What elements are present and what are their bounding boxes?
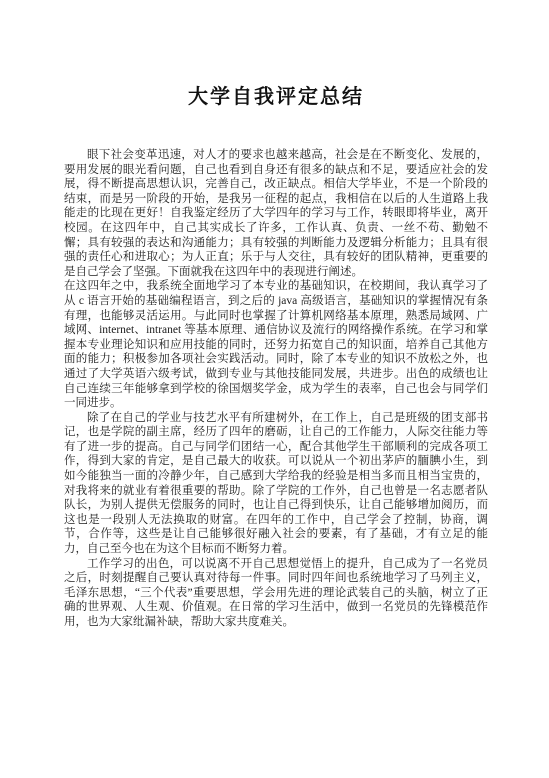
paragraph-work: 除了在自己的学业与技艺水平有所建树外，在工作上，自己是班级的团支部书记，也是学院… [64, 411, 488, 557]
document-title: 大学自我评定总结 [64, 86, 488, 108]
document-page: 大学自我评定总结 眼下社会变革迅速，对人才的要求也越来越高，社会是在不断变化、发… [0, 0, 549, 778]
document-body: 眼下社会变革迅速，对人才的要求也越来越高，社会是在不断变化、发展的，要用发展的眼… [64, 148, 488, 630]
paragraph-ideology: 工作学习的出色，可以说离不开自己思想觉悟上的提升，自己成为了一名党员之后，时刻提… [64, 557, 488, 630]
paragraph-overview: 眼下社会变革迅速，对人才的要求也越来越高，社会是在不断变化、发展的，要用发展的眼… [64, 148, 488, 279]
paragraph-academics: 在这四年之中，我系统全面地学习了本专业的基础知识，在校期间，我认真学习了从 c … [64, 279, 488, 410]
